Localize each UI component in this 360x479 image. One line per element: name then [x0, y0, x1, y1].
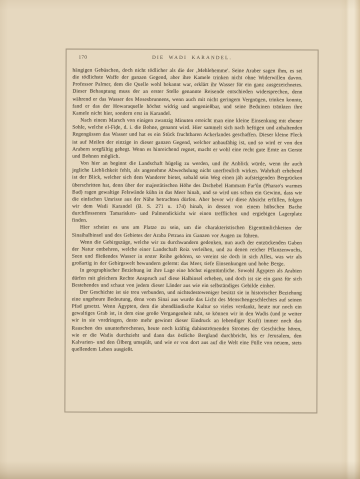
paragraph: Der Geschichte ist sie treu verbunden, u… — [72, 289, 302, 354]
running-head: DIE WADI KARANDEL. — [67, 56, 318, 62]
paragraph: Hier scheint es uns am Platze zu sein, u… — [72, 225, 302, 240]
paragraph: In geographischer Beziehung ist ihre Lag… — [72, 268, 302, 290]
paragraph: Von hier an beginnt die Landschaft hügel… — [72, 161, 302, 226]
page-header: 170 DIE WADI KARANDEL. — [67, 56, 318, 67]
page-border-frame: 170 DIE WADI KARANDEL. hängigen Gebüsche… — [64, 49, 318, 414]
scanned-book-page: 170 DIE WADI KARANDEL. hängigen Gebüsche… — [0, 0, 360, 479]
paragraph: Wenn die Gebirgszüge, welche wir zu durc… — [72, 239, 302, 268]
paragraph: Nach einem Marsch von einigen zwanzig Mi… — [72, 118, 302, 162]
body-text: hängigen Gebüschen, doch nicht tödlicher… — [72, 68, 303, 355]
paragraph: hängigen Gebüschen, doch nicht tödlicher… — [72, 68, 302, 119]
